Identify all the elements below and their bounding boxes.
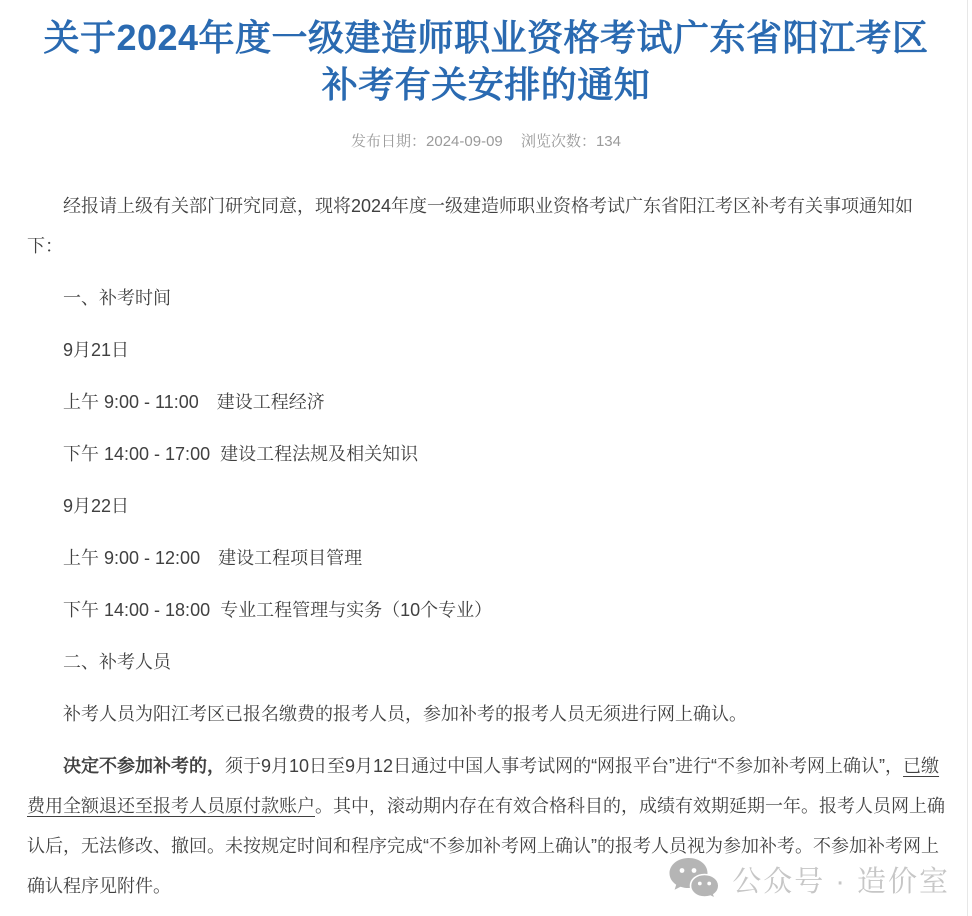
page-title: 关于2024年度一级建造师职业资格考试广东省阳江考区补考有关安排的通知: [27, 0, 945, 108]
section-heading-exam-time: 一、补考时间: [27, 278, 945, 318]
exam-date-sep22: 9月22日: [27, 486, 945, 526]
page-right-border: [967, 0, 968, 916]
views-label: 浏览次数：: [521, 133, 596, 150]
views-value: 134: [596, 133, 621, 150]
views-group: 浏览次数：134: [521, 133, 621, 150]
publish-date-value: 2024-09-09: [426, 133, 503, 150]
exam-date-sep21: 9月21日: [27, 330, 945, 370]
paragraph-candidates: 补考人员为阳江考区已报名缴费的报考人员，参加补考的报考人员无须进行网上确认。: [27, 694, 945, 734]
publish-date-label: 发布日期：: [351, 133, 426, 150]
paragraph-intro: 经报请上级有关部门研究同意，现将2024年度一级建造师职业资格考试广东省阳江考区…: [27, 186, 945, 266]
exam-session-sep22-afternoon: 下午 14:00 - 18:00 专业工程管理与实务（10个专业）: [27, 590, 945, 630]
section-heading-exam-candidates: 二、补考人员: [27, 642, 945, 682]
paragraph-closing: 决定不参加补考的，须于9月10日至9月12日通过中国人事考试网的“网报平台”进行…: [27, 746, 945, 906]
exam-session-sep22-morning: 上午 9:00 - 12:00 建设工程项目管理: [27, 538, 945, 578]
article-meta: 发布日期：2024-09-09 浏览次数：134: [27, 134, 945, 150]
exam-session-sep21-afternoon: 下午 14:00 - 17:00 建设工程法规及相关知识: [27, 434, 945, 474]
notice-page: 关于2024年度一级建造师职业资格考试广东省阳江考区补考有关安排的通知 发布日期…: [0, 0, 972, 916]
exam-session-sep21-morning: 上午 9:00 - 11:00 建设工程经济: [27, 382, 945, 422]
closing-segment-1: 须于9月10日至9月12日通过中国人事考试网的“网报平台”进行“不参加补考网上确…: [225, 756, 903, 776]
closing-bold-lead: 决定不参加补考的，: [63, 756, 225, 776]
publish-date-group: 发布日期：2024-09-09: [351, 133, 503, 150]
article-body: 经报请上级有关部门研究同意，现将2024年度一级建造师职业资格考试广东省阳江考区…: [27, 150, 945, 906]
